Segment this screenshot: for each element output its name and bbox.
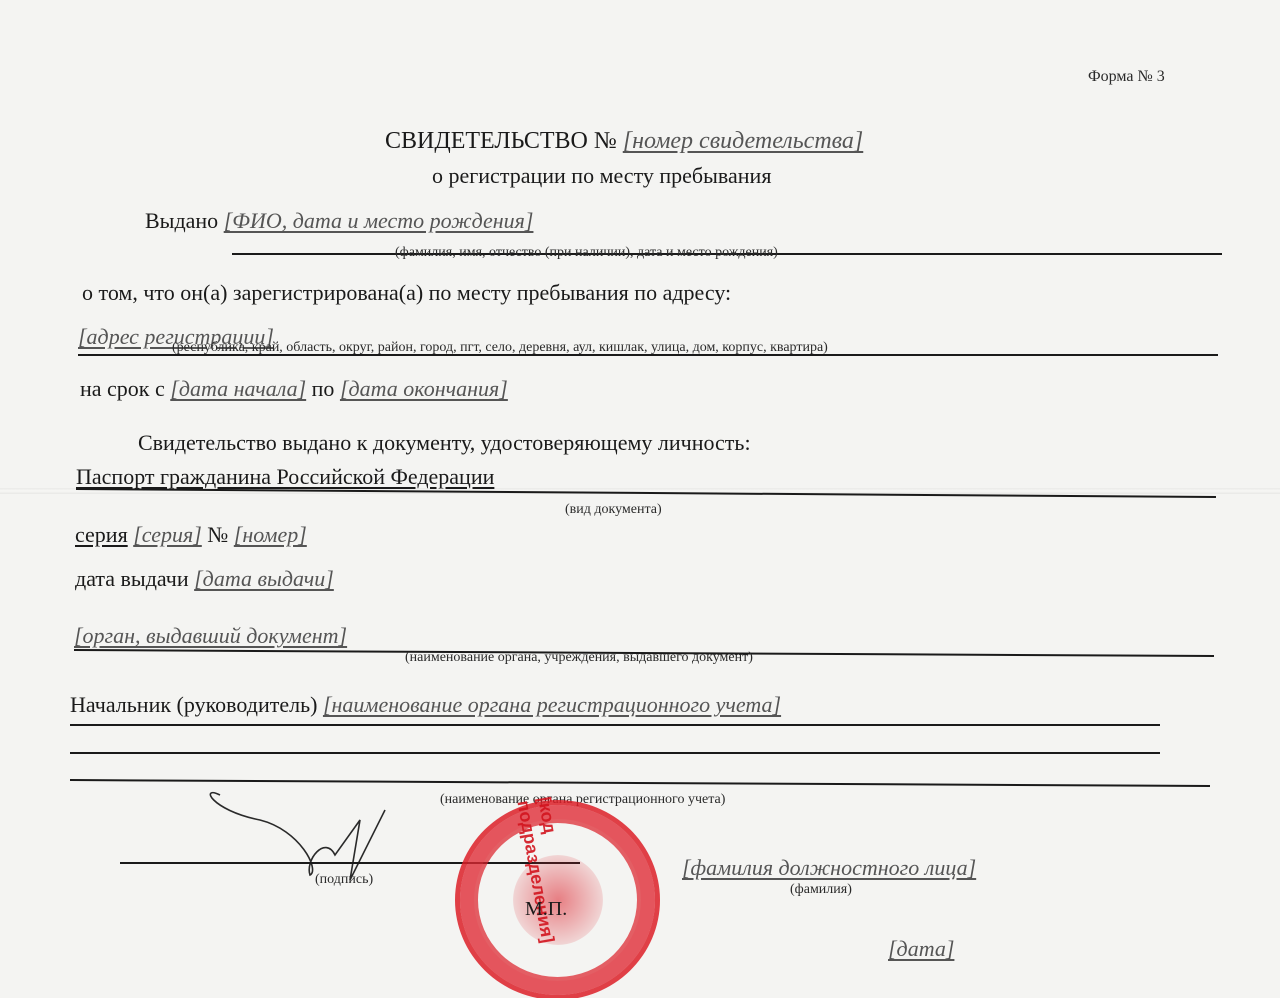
doc-type-caption: (вид документа): [565, 502, 662, 518]
address-caption: (республика, край, область, округ, район…: [172, 340, 828, 356]
official-caption: (фамилия): [790, 882, 852, 898]
identity-doc-type: Паспорт гражданина Российской Федерации: [76, 464, 494, 490]
issued-to-value: [ФИО, дата и место рождения]: [224, 208, 534, 233]
certificate-title: СВИДЕТЕЛЬСТВО № [номер свидетельства]: [385, 128, 863, 155]
issuer-caption: (наименование органа, учреждения, выдавш…: [405, 650, 753, 666]
authority-rule-1: [70, 724, 1160, 726]
signing-date: [дата]: [888, 936, 954, 962]
identity-statement: Свидетельство выдано к документу, удосто…: [138, 430, 751, 456]
official-name: [фамилия должностного лица]: [682, 855, 976, 881]
identity-issuer: [орган, выдавший документ]: [74, 623, 347, 649]
authority-rule-2: [70, 752, 1160, 754]
issued-to-label: Выдано: [145, 208, 218, 233]
registration-statement: о том, что он(а) зарегистрирована(а) по …: [82, 280, 731, 306]
doc-series: [серия]: [133, 522, 202, 547]
authority-label: Начальник (руководитель): [70, 692, 317, 717]
doc-number: [номер]: [234, 522, 307, 547]
certificate-subtitle: о регистрации по месту пребывания: [432, 163, 771, 189]
authority-line: Начальник (руководитель) [наименование о…: [70, 692, 781, 718]
registration-term: на срок с [дата начала] по [дата окончан…: [80, 376, 508, 402]
seal-mark: М.П.: [525, 898, 567, 921]
issued-to-caption: (фамилия, имя, отчество (при наличии), д…: [395, 245, 778, 261]
signature-icon: [200, 780, 420, 890]
term-from: [дата начала]: [170, 376, 306, 401]
term-to: [дата окончания]: [340, 376, 508, 401]
form-number: Форма № 3: [1088, 68, 1165, 86]
identity-series-number: серия [серия] № [номер]: [75, 522, 307, 548]
certificate-number: [номер свидетельства]: [623, 128, 864, 154]
identity-issue-date: дата выдачи [дата выдачи]: [75, 566, 334, 592]
authority-name: [наименование органа регистрационного уч…: [323, 692, 781, 717]
registration-certificate: Форма № 3 СВИДЕТЕЛЬСТВО № [номер свидете…: [0, 0, 1280, 998]
title-heading: СВИДЕТЕЛЬСТВО №: [385, 128, 617, 154]
doc-issue-date: [дата выдачи]: [194, 566, 334, 591]
signature-caption: (подпись): [315, 872, 373, 888]
issued-to-line: Выдано [ФИО, дата и место рождения]: [145, 208, 533, 234]
